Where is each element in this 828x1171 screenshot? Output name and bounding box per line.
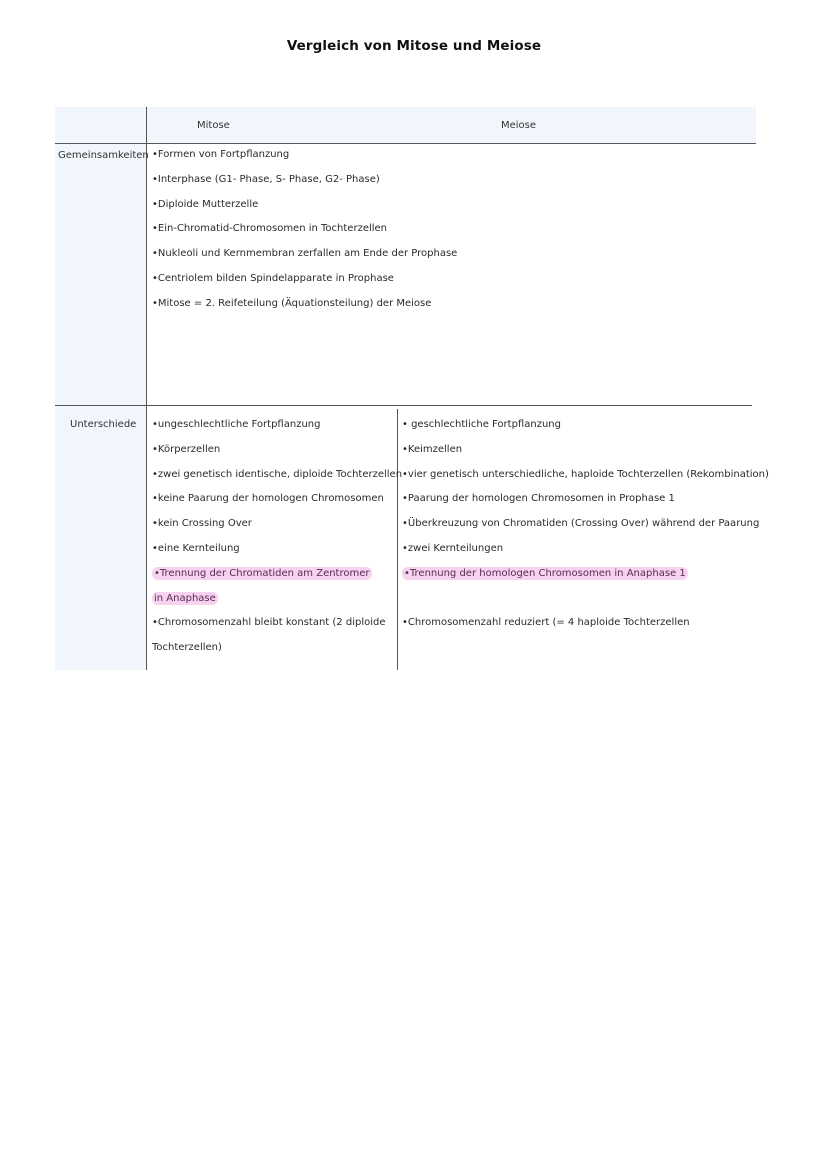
unterschiede-mitose-list: •ungeschlechtliche Fortpflanzung •Körper… (152, 413, 397, 661)
list-item: •ungeschlechtliche Fortpflanzung (152, 413, 397, 438)
header-mitose: Mitose (197, 120, 230, 131)
label-column (55, 143, 146, 670)
list-item: •Paarung der homologen Chromosomen in Pr… (402, 487, 769, 512)
row-label-unterschiede: Unterschiede (70, 419, 136, 430)
list-item: •kein Crossing Over (152, 512, 397, 537)
row-label-gemeinsamkeiten: Gemeinsamkeiten (58, 150, 149, 161)
list-item: •Überkreuzung von Chromatiden (Crossing … (402, 512, 769, 537)
page-title: Vergleich von Mitose und Meiose (0, 38, 828, 54)
list-item: •Centriolem bilden Spindelapparate in Pr… (152, 267, 457, 292)
list-item: •zwei genetisch identische, diploide Toc… (152, 463, 397, 488)
label-column-divider (146, 107, 147, 670)
header-meiose: Meiose (501, 120, 536, 131)
list-item: •Körperzellen (152, 438, 397, 463)
list-item-highlighted: •Trennung der Chromatiden am Zentromer i… (152, 562, 380, 612)
list-item: • geschlechtliche Fortpflanzung (402, 413, 769, 438)
row-divider (55, 405, 752, 406)
list-item: •Mitose = 2. Reifeteilung (Äquationsteil… (152, 292, 457, 317)
list-item-highlighted: •Trennung der homologen Chromosomen in A… (402, 562, 769, 587)
list-item: •vier genetisch unterschiedliche, haploi… (402, 463, 769, 488)
comparison-table: Mitose Meiose Gemeinsamkeiten Unterschie… (55, 107, 756, 670)
list-item: •Diploide Mutterzelle (152, 193, 457, 218)
highlighted-text: •Trennung der Chromatiden am Zentromer i… (152, 567, 372, 605)
list-item: •zwei Kernteilungen (402, 537, 769, 562)
list-item: •Formen von Fortpflanzung (152, 143, 457, 168)
header-row (55, 107, 756, 143)
unterschiede-meiose-list: • geschlechtliche Fortpflanzung •Keimzel… (402, 413, 769, 636)
list-item-spacer (402, 587, 769, 612)
list-item: •keine Paarung der homologen Chromosomen (152, 487, 397, 512)
list-item: •Nukleoli und Kernmembran zerfallen am E… (152, 242, 457, 267)
list-item: •Interphase (G1- Phase, S- Phase, G2- Ph… (152, 168, 457, 193)
list-item: •Keimzellen (402, 438, 769, 463)
gemeinsamkeiten-list: •Formen von Fortpflanzung •Interphase (G… (152, 143, 457, 317)
list-item: •Chromosomenzahl reduziert (= 4 haploide… (402, 611, 769, 636)
list-item: •eine Kernteilung (152, 537, 397, 562)
highlighted-text: •Trennung der homologen Chromosomen in A… (402, 567, 688, 580)
list-item: •Chromosomenzahl bleibt konstant (2 dipl… (152, 611, 390, 661)
mitose-meiose-divider (397, 409, 398, 670)
list-item: •Ein-Chromatid-Chromosomen in Tochterzel… (152, 217, 457, 242)
